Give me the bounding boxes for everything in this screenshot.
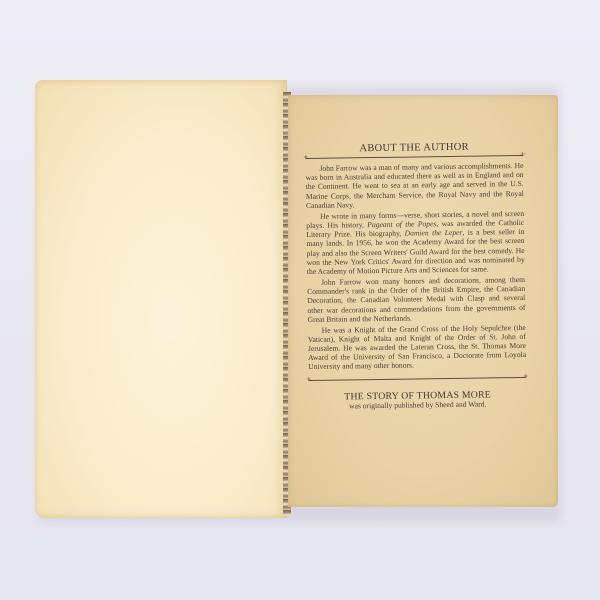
left-page-blank — [35, 80, 287, 518]
ornamental-rule-top — [305, 155, 523, 159]
bio-paragraph-1: John Farrow was a man of many and variou… — [305, 161, 524, 210]
bio-paragraph-2: He wrote in many forms—verse, short stor… — [306, 209, 525, 276]
about-author-text-block: ABOUT THE AUTHOR John Farrow was a man o… — [305, 134, 527, 411]
bio-paragraph-3: John Farrow won many honors and decorati… — [307, 275, 526, 324]
about-author-heading: ABOUT THE AUTHOR — [305, 142, 523, 154]
ornamental-rule-bottom — [308, 377, 526, 381]
bio-paragraph-4: He was a Knight of the Grand Cross of th… — [308, 323, 527, 372]
